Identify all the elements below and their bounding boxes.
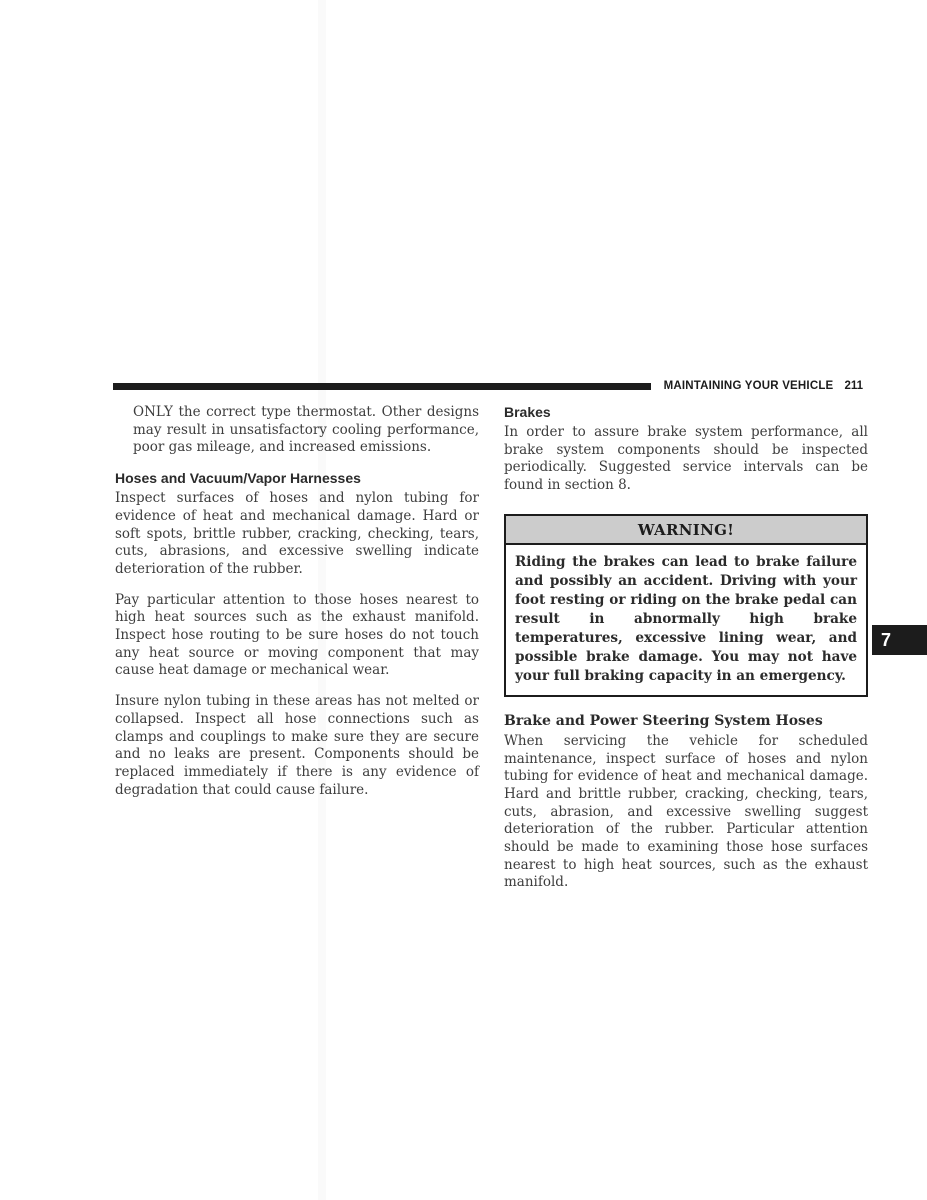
- header-rule-bar: [113, 383, 651, 390]
- warning-box-title: WARNING!: [506, 516, 866, 545]
- hoses-paragraph-1: Inspect surfaces of hoses and nylon tubi…: [115, 490, 479, 579]
- heading-hoses-vacuum-vapor-harnesses: Hoses and Vacuum/Vapor Harnesses: [115, 470, 479, 486]
- brakes-paragraph: In order to assure brake system performa…: [504, 424, 868, 495]
- manual-page: MAINTAINING YOUR VEHICLE 211 ONLY the co…: [0, 0, 927, 1200]
- hoses-paragraph-2: Pay particular attention to those hoses …: [115, 592, 479, 681]
- two-column-body: ONLY the correct type thermostat. Other …: [115, 404, 868, 905]
- chapter-tab-7: 7: [872, 625, 927, 655]
- chapter-tab-label: 7: [881, 630, 891, 651]
- warning-box: WARNING! Riding the brakes can lead to b…: [504, 514, 868, 697]
- warning-box-body: Riding the brakes can lead to brake fail…: [506, 545, 866, 695]
- running-head-title: MAINTAINING YOUR VEHICLE: [664, 380, 834, 392]
- page-header: MAINTAINING YOUR VEHICLE 211: [113, 380, 863, 392]
- right-column: Brakes In order to assure brake system p…: [504, 404, 868, 905]
- hoses-paragraph-3: Insure nylon tubing in these areas has n…: [115, 693, 479, 799]
- heading-brakes: Brakes: [504, 404, 868, 420]
- brake-hoses-paragraph: When servicing the vehicle for scheduled…: [504, 733, 868, 892]
- thermostat-continuation-paragraph: ONLY the correct type thermostat. Other …: [133, 404, 479, 457]
- left-column: ONLY the correct type thermostat. Other …: [115, 404, 479, 905]
- page-number: 211: [844, 380, 863, 392]
- heading-brake-power-steering-hoses: Brake and Power Steering System Hoses: [504, 713, 868, 729]
